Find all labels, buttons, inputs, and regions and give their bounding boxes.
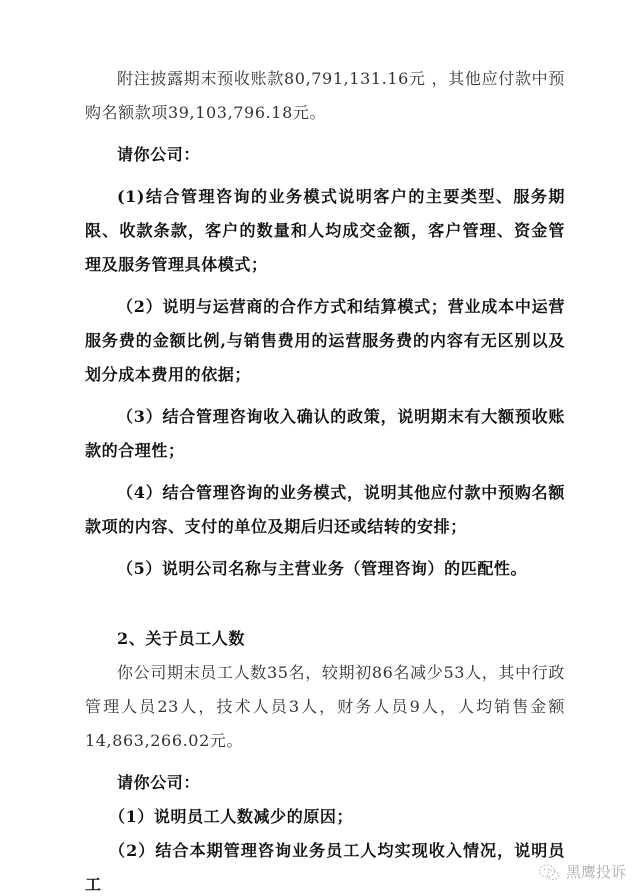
- section2-item-1: （1）说明员工人数减少的原因；: [85, 800, 565, 834]
- section2-heading: 2、关于员工人数: [85, 622, 565, 656]
- section2-item-2: （2）结合本期管理咨询业务员工人均实现收入情况，说明员工: [85, 834, 565, 896]
- section2-intro: 你公司期末员工人数35名，较期初86名减少53人，其中行政管理人员23人，技术人…: [85, 656, 565, 758]
- section1-item-2: （2）说明与运营商的合作方式和结算模式；营业成本中运营服务费的金额比例,与销售费…: [85, 290, 565, 392]
- wechat-icon: [538, 863, 560, 881]
- section2-request-label: 请你公司：: [85, 766, 565, 800]
- document-page: 附注披露期末预收账款80,791,131.16元 ，其他应付款中预购名额款项39…: [85, 62, 565, 896]
- section1-intro: 附注披露期末预收账款80,791,131.16元 ，其他应付款中预购名额款项39…: [85, 62, 565, 130]
- section1-item-4: （4）结合管理咨询的业务模式，说明其他应付款中预购名额款项的内容、支付的单位及期…: [85, 476, 565, 544]
- section1-request-label: 请你公司：: [85, 138, 565, 172]
- section1-item-5: （5）说明公司名称与主营业务（管理咨询）的匹配性。: [85, 552, 565, 586]
- section1-item-3: （3）结合管理咨询收入确认的政策，说明期末有大额预收账款的合理性；: [85, 400, 565, 468]
- watermark: 黑鹰投诉: [538, 861, 626, 882]
- section1-item-1: (1)结合管理咨询的业务模式说明客户的主要类型、服务期限、收款条款，客户的数量和…: [85, 180, 565, 282]
- watermark-text: 黑鹰投诉: [566, 861, 626, 882]
